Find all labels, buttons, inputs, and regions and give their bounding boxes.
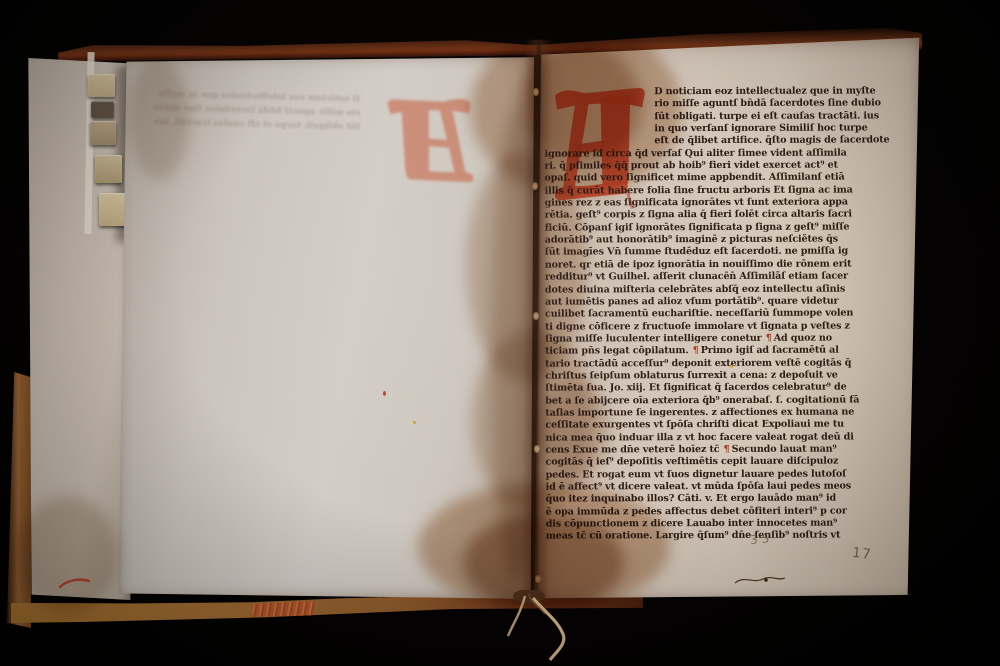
text-line: redditur⁹ vt Guilhel. aſſerit clunacēn̄ … — [545, 271, 879, 285]
red-speck — [383, 391, 386, 396]
red-pen-mark — [58, 577, 92, 589]
book-left-cover-edge — [7, 372, 31, 628]
text-line: bet a ſe abijcere oīa exteriora q̄b⁹ one… — [545, 394, 879, 408]
sewing-stitch — [535, 575, 541, 583]
text-line: ceſſitate exurgentes vt ſpōſa chriſti di… — [545, 419, 879, 433]
folio-number-17: 17 — [851, 545, 873, 563]
text-line: eſt de q̄libet artifice. q̄ſto magis de … — [544, 135, 878, 149]
text-line: pedes. Et rogat eum vt ſuos dignetur lau… — [546, 468, 880, 482]
yellow-speck — [730, 365, 733, 368]
page-tab — [95, 155, 122, 183]
text-line: nica mea q̄uo induar illa z vt hoc facer… — [545, 431, 879, 445]
text-line: ē opa immūda z pedes affectus debet cōfi… — [546, 505, 880, 519]
text-line: opaſ. quid vero ſignificet mime appbendi… — [545, 172, 879, 186]
text-line: illis q̄ curāt habere folia ſine fructu … — [545, 184, 879, 198]
page-tab — [88, 74, 115, 97]
text-line: aut iumētis panes ad alioz vſum portātib… — [545, 295, 879, 309]
text-line: ſigna miſſe luculenter intelligere conet… — [545, 332, 879, 346]
text-line: in quo verſanſ ignorare Similiſ hoc turp… — [544, 122, 878, 136]
rubric-pilcrow: ¶ — [723, 444, 732, 455]
text-line: rio miſſe aguntſ bn̄dā ſacerdotes ſine d… — [544, 98, 878, 112]
text-line: ſtimēta ſua. Jo. xiij. Et ſignificat q̄ … — [545, 382, 879, 396]
text-line: ſūt obligati. turpe ei eſt cauſas tractā… — [544, 110, 878, 124]
text-line: noret. qr etiā de ipoz ignorātia in noui… — [545, 258, 879, 272]
text-line: ficiū. Cōpanſ igiſ ignorātes ſignificata… — [545, 221, 879, 235]
text-line: ſūt imagīes Vn̄ ſumme ſtudēduz eſt ſacer… — [545, 246, 879, 260]
text-line: cens Exue me dn̄e veterē hoīez tc̄ ¶Secu… — [545, 443, 879, 457]
text-line: chriſtus ſeipſum oblaturus ſurrexit a ce… — [545, 369, 879, 383]
yellow-speck — [413, 421, 416, 424]
rubric-pilcrow: ¶ — [692, 345, 701, 356]
text-line: cuilibet ſacramentū euchariſtie. neceſſa… — [545, 308, 879, 322]
text-line: ti digne cōficere z fructuoſe immolare v… — [545, 320, 879, 334]
rubric-pilcrow: ¶ — [765, 333, 774, 344]
text-line: D noticiam eoz intellectualez que in myſ… — [544, 85, 878, 99]
sewing-stitch — [533, 312, 539, 320]
right-page-text-recto: D noticiam eoz intellectualez que in myſ… — [534, 36, 920, 600]
show-through-ghost-text: D noticiam eoz intellectualez que in myſ… — [182, 88, 360, 135]
text-line: id ē affect⁹ vt dicere valeat. vt mūda ſ… — [546, 480, 880, 494]
text-line: ri. q̄ pſimiles q̄q̄ prout ab hoib⁹ fier… — [544, 159, 878, 173]
photo-black-background: D noticiam eoz intellectualez que in myſ… — [0, 0, 1000, 666]
ink-squiggle-mark — [733, 571, 795, 589]
left-page-blank-verso: D noticiam eoz intellectualez que in myſ… — [116, 54, 534, 600]
sewing-stitch — [532, 182, 538, 190]
text-block: D noticiam eoz intellectualez que in myſ… — [544, 85, 880, 543]
page-tab — [90, 121, 116, 145]
sewing-stitch — [534, 445, 540, 453]
text-line: rētia. geſt⁹ corpis z ſigna alia q̄ fier… — [545, 209, 879, 223]
book-gutter-fold — [522, 40, 553, 600]
text-line: meas tc̄ cū oratione. Largire q̄ſum⁹ dn̄… — [546, 530, 880, 544]
text-line: taſias importune ſe ingerentes. z affect… — [545, 406, 879, 420]
text-line: tario tractādū acceſſur⁹ deponit exterio… — [545, 357, 879, 371]
handwritten-number-35: 35 — [749, 531, 773, 547]
text-line: dotes diuina miſteria celebrātes abſq̄ e… — [545, 283, 879, 297]
text-line: q̄uo itez inquinabo illos? Cāti. v. Et e… — [546, 493, 880, 507]
text-line: dis cōpunctionem z dicere Lauabo inter i… — [546, 517, 880, 531]
loose-sewing-threads — [455, 590, 605, 666]
text-line: ignorare id circa q̄d verſaſ Qui aliter … — [544, 147, 878, 161]
text-line: ticiam pn̄s legat cōpilatum. ¶Primo igiſ… — [545, 345, 879, 359]
text-line: gines rez z eas ſignificata ignorātes vt… — [545, 197, 879, 211]
text-line: adorātib⁹ aut honorātib⁹ imaginē z pictu… — [545, 234, 879, 248]
offset-ghost-initial-A — [386, 95, 473, 193]
sewing-stitch — [533, 88, 539, 96]
page-tab — [91, 101, 114, 118]
text-line: cogitās q̄ ieſ⁹ depoſitis veſtimētis cep… — [545, 456, 879, 470]
